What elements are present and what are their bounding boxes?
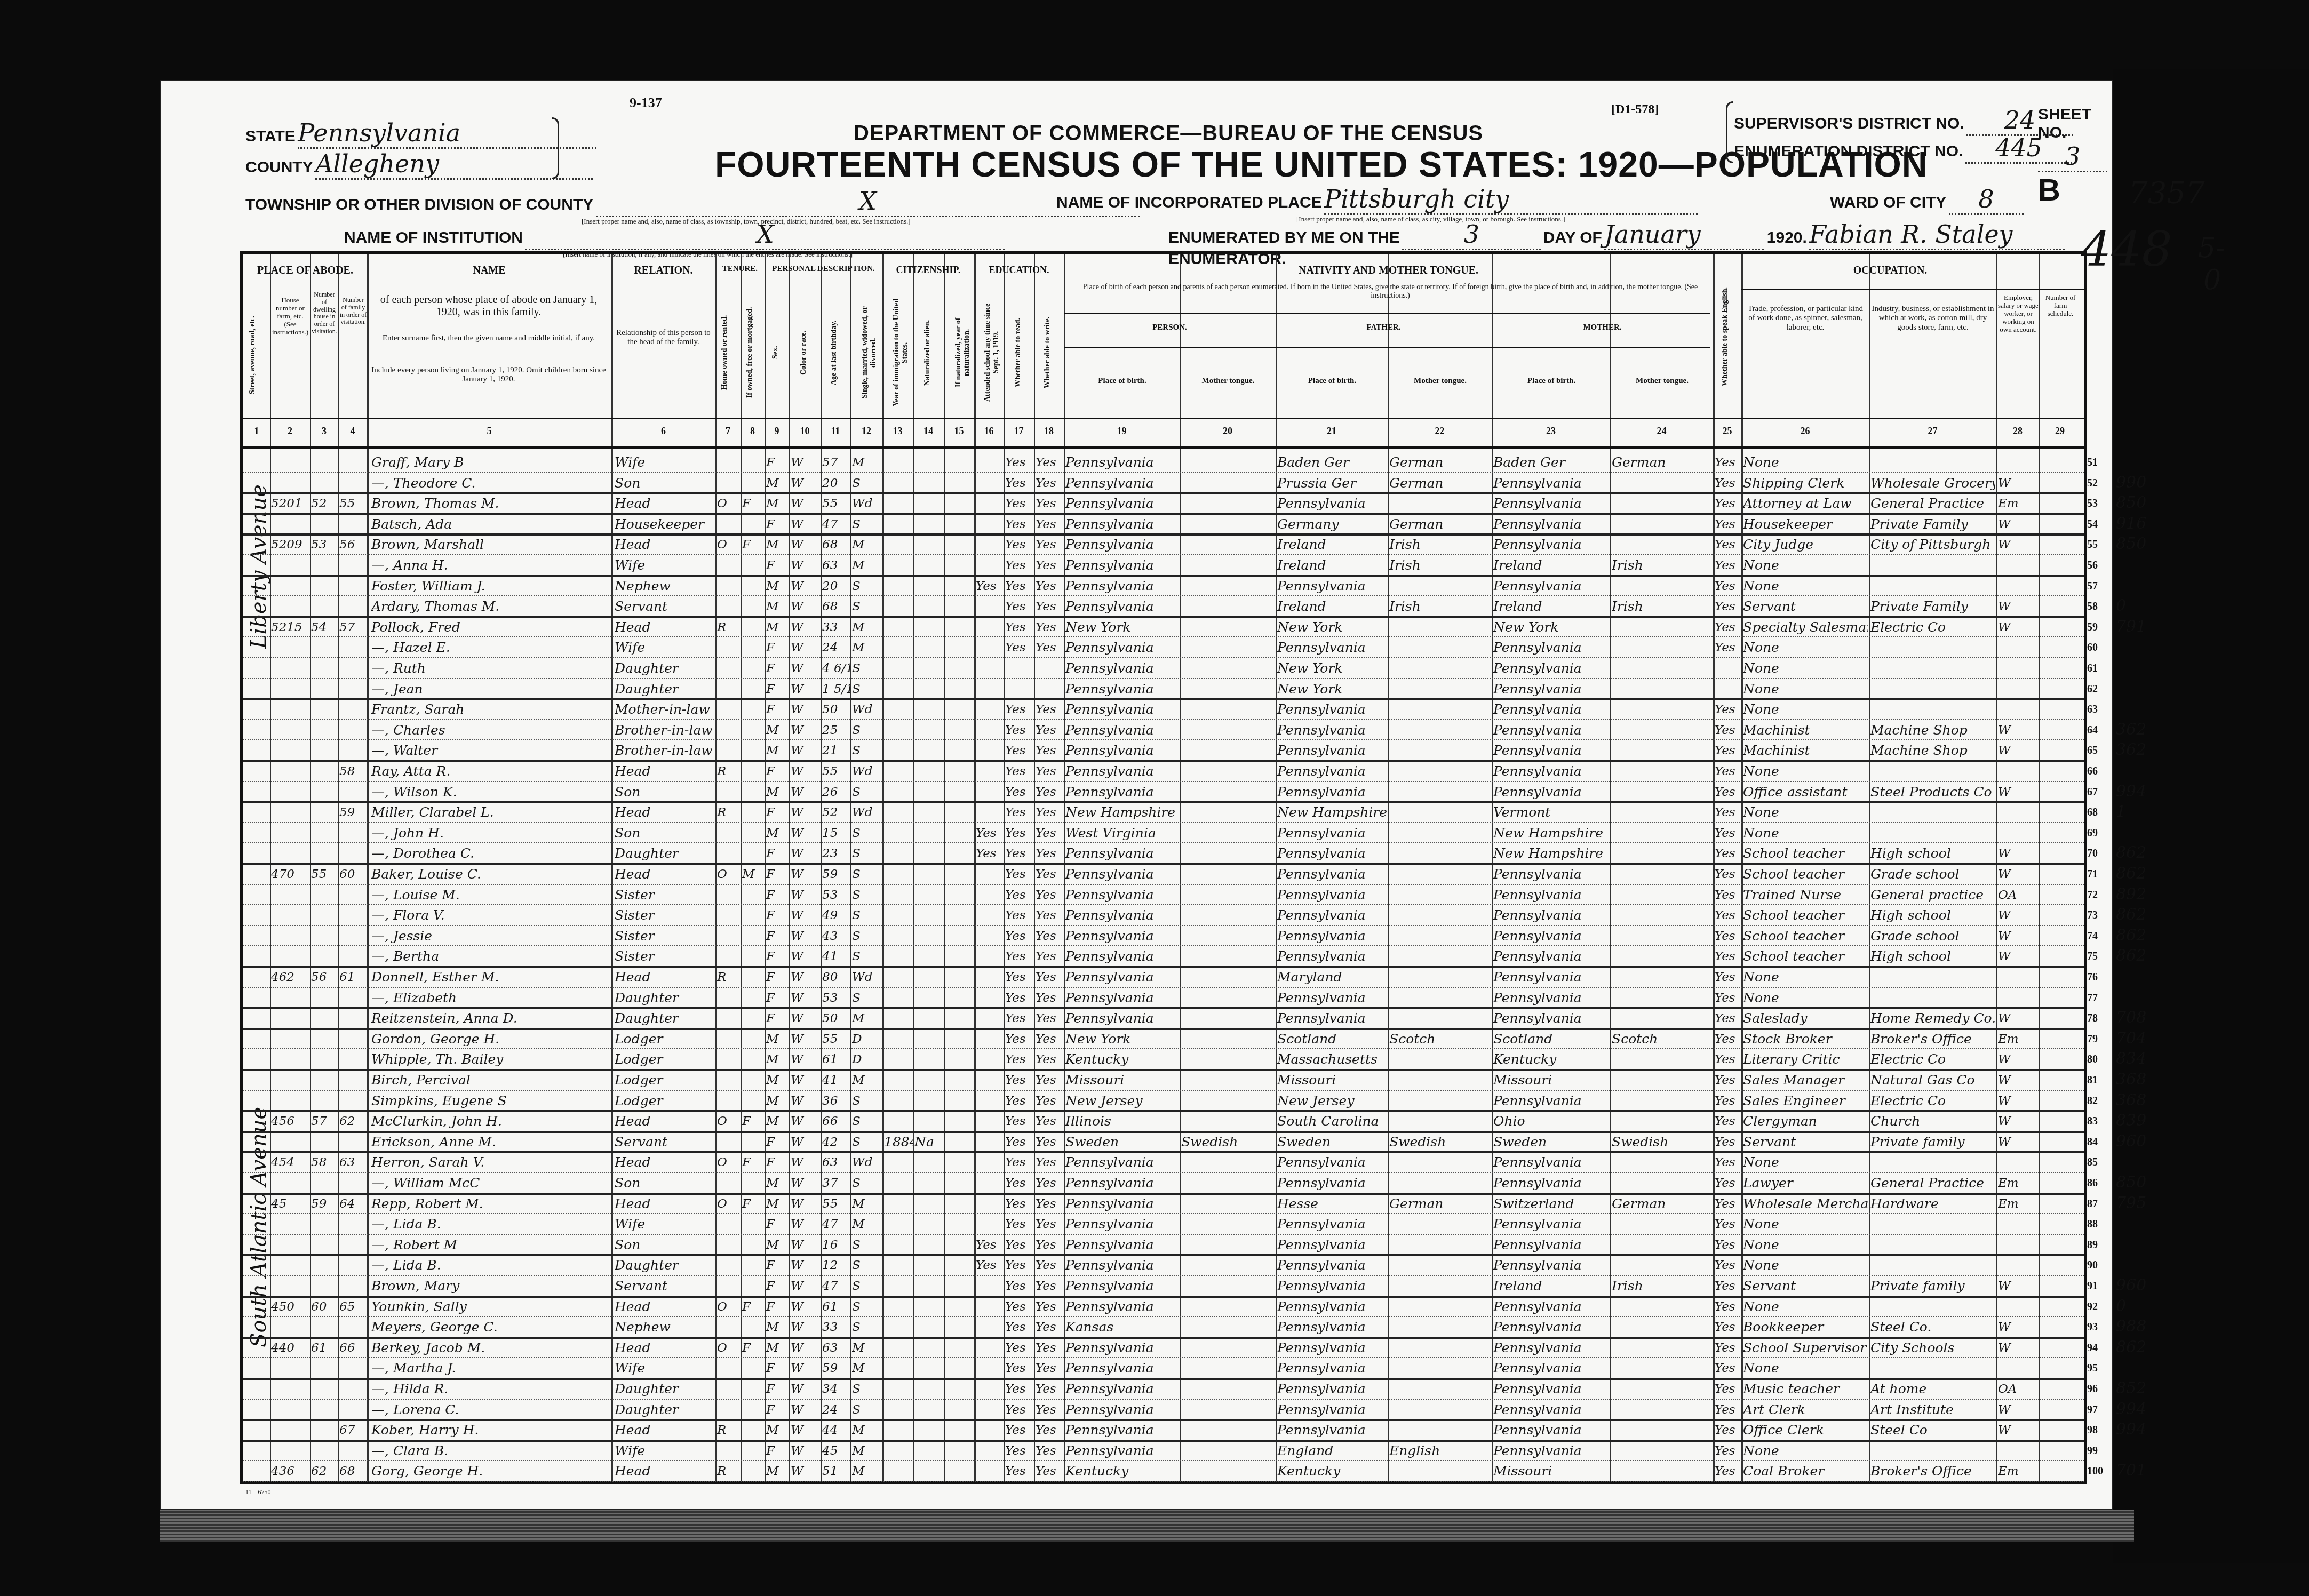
cell-name: Birch, Percival <box>371 1069 610 1089</box>
line-number: 77 <box>2087 987 2114 1009</box>
cell-dwelling: 53 <box>311 533 338 554</box>
cell-mort <box>742 822 763 842</box>
cell-race: W <box>791 925 819 945</box>
margin-code: 862 <box>2116 863 2146 884</box>
cell-age: 61 <box>822 1048 850 1068</box>
line-number: 72 <box>2087 884 2114 906</box>
footer-code: 11—6750 <box>245 1488 271 1496</box>
cell-english: Yes <box>1715 1460 1740 1480</box>
cell-trade: None <box>1743 760 1868 780</box>
cell-race: W <box>791 698 819 719</box>
cell-mort: F <box>742 1110 763 1130</box>
table-row: —, Theodore C.SonMW20SYesYesPennsylvania… <box>243 472 2084 495</box>
cell-tongue: Swedish <box>1181 1131 1275 1151</box>
cell-immig <box>884 925 913 945</box>
cell-f-tongue <box>1389 575 1491 595</box>
cell-m-tongue <box>1612 801 1712 821</box>
cell-english: Yes <box>1715 801 1740 821</box>
cell-english: Yes <box>1715 719 1740 739</box>
cell-race: W <box>791 781 819 801</box>
cell-tongue <box>1181 863 1275 883</box>
cell-house <box>271 987 309 1007</box>
cell-name: Whipple, Th. Bailey <box>371 1048 610 1068</box>
cell-relation: Son <box>615 1234 714 1254</box>
cell-house: 5209 <box>271 533 309 554</box>
cell-nat <box>914 1316 943 1336</box>
cell-pob: Pennsylvania <box>1065 698 1179 719</box>
cell-house <box>271 698 309 719</box>
cell-age: 63 <box>822 1337 850 1357</box>
cell-dwelling <box>311 1172 338 1192</box>
cell-marital: S <box>852 1316 882 1336</box>
cell-write: Yes <box>1036 1090 1063 1110</box>
cell-race: W <box>791 987 819 1007</box>
column-number-20: 20 <box>1180 426 1276 437</box>
cell-trade: None <box>1743 636 1868 657</box>
cell-class: W <box>1998 1069 2038 1089</box>
cell-home <box>717 1131 739 1151</box>
cell-write: Yes <box>1036 575 1063 595</box>
cell-m-pob: Pennsylvania <box>1493 636 1609 657</box>
cell-name: Reitzenstein, Anna D. <box>371 1007 610 1027</box>
cell-age: 36 <box>822 1090 850 1110</box>
line-number: 61 <box>2087 657 2114 680</box>
cell-name: Pollock, Fred <box>371 616 610 636</box>
township-label: TOWNSHIP OR OTHER DIVISION OF COUNTY <box>245 196 593 213</box>
cell-m-tongue <box>1612 822 1712 842</box>
cell-f-pob: Pennsylvania <box>1277 904 1387 924</box>
cell-immig <box>884 719 913 739</box>
cell-mort <box>742 616 763 636</box>
cell-class <box>1998 1234 2038 1254</box>
cell-sex: M <box>766 1460 789 1480</box>
cell-pob: Pennsylvania <box>1065 678 1179 698</box>
cell-age: 37 <box>822 1172 850 1192</box>
cell-mort <box>742 1460 763 1480</box>
cell-house: 5215 <box>271 616 309 636</box>
table-row: —, Lida B.WifeFW47MYesYesPennsylvaniaPen… <box>243 1213 2084 1235</box>
cell-school <box>976 657 1004 677</box>
column-number-15: 15 <box>944 426 974 437</box>
cell-f-pob: Pennsylvania <box>1277 1172 1387 1192</box>
col8-header: If owned, free or mortgaged. <box>746 297 754 409</box>
cell-home: O <box>717 1151 739 1171</box>
cell-house: 454 <box>271 1151 309 1171</box>
cell-family: 61 <box>339 966 367 986</box>
line-number: 100 <box>2087 1460 2114 1482</box>
cell-f-pob: Pennsylvania <box>1277 1213 1387 1233</box>
cell-nat <box>914 698 943 719</box>
cell-write: Yes <box>1036 1131 1063 1151</box>
cell-dwelling <box>311 1028 338 1048</box>
cell-home: R <box>717 760 739 780</box>
cell-name: —, Clara B. <box>371 1440 610 1460</box>
cell-house <box>271 575 309 595</box>
table-row: —, JeanDaughterFW1 5/12SPennsylvaniaNew … <box>243 678 2084 701</box>
cell-race: W <box>791 1028 819 1048</box>
cell-marital: M <box>852 1007 882 1027</box>
cell-race: W <box>791 884 819 904</box>
margin-code: 368 <box>2116 1069 2146 1090</box>
cell-pob: Pennsylvania <box>1065 884 1179 904</box>
col29-header: Number of farm schedule. <box>2040 294 2081 318</box>
line-number: 88 <box>2087 1213 2114 1235</box>
cell-home: R <box>717 616 739 636</box>
cell-dwelling <box>311 739 338 760</box>
line-number: 94 <box>2087 1337 2114 1359</box>
cell-house <box>271 884 309 904</box>
cell-age: 15 <box>822 822 850 842</box>
table-row: —, Hazel E.WifeFW24MYesYesPennsylvaniaPe… <box>243 636 2084 658</box>
cell-f-pob: Massachusetts <box>1277 1048 1387 1068</box>
cell-name: —, Flora V. <box>371 904 610 924</box>
cell-read: Yes <box>1005 781 1033 801</box>
table-row: Gordon, George H.LodgerMW55DYesYesNew Yo… <box>243 1028 2084 1050</box>
cell-read: Yes <box>1005 451 1033 472</box>
cell-industry: Machine Shop <box>1870 739 1995 760</box>
cell-sex: F <box>766 842 789 863</box>
cell-industry <box>1870 987 1995 1007</box>
cell-f-pob: Pennsylvania <box>1277 945 1387 965</box>
cell-race: W <box>791 1151 819 1171</box>
supervisor-district-field: SUPERVISOR'S DISTRICT NO. 24 <box>1734 106 2073 136</box>
cell-write: Yes <box>1036 1357 1063 1377</box>
cell-family: 59 <box>339 801 367 821</box>
cell-house <box>271 1213 309 1233</box>
cell-read: Yes <box>1005 801 1033 821</box>
cell-race: W <box>791 1399 819 1419</box>
cell-write: Yes <box>1036 719 1063 739</box>
cell-f-tongue <box>1389 945 1491 965</box>
table-row: 59Miller, Clarabel L.HeadRFW52WdYesYesNe… <box>243 801 2084 823</box>
cell-race: W <box>791 472 819 492</box>
cell-home <box>717 595 739 616</box>
cell-m-tongue <box>1612 678 1712 698</box>
cell-english: Yes <box>1715 698 1740 719</box>
cell-write: Yes <box>1036 842 1063 863</box>
cell-industry: High school <box>1870 842 1995 863</box>
cell-trade: School teacher <box>1743 945 1868 965</box>
cell-m-tongue <box>1612 987 1712 1007</box>
cell-read: Yes <box>1005 1337 1033 1357</box>
cell-tongue <box>1181 554 1275 574</box>
cell-class <box>1998 657 2038 677</box>
cell-school: Yes <box>976 822 1004 842</box>
cell-english: Yes <box>1715 575 1740 595</box>
cell-tongue <box>1181 760 1275 780</box>
cell-trade: Art Clerk <box>1743 1399 1868 1419</box>
district-bracket <box>1726 101 1733 163</box>
cell-marital: S <box>852 739 882 760</box>
cell-school <box>976 1419 1004 1439</box>
margin-code: 960 <box>2116 1131 2146 1152</box>
cell-class: W <box>1998 904 2038 924</box>
cell-name: Meyers, George C. <box>371 1316 610 1336</box>
cell-family <box>339 904 367 924</box>
cell-nat <box>914 1069 943 1089</box>
cell-name: Simpkins, Eugene S <box>371 1090 610 1110</box>
cell-mort <box>742 1048 763 1068</box>
cell-f-pob: England <box>1277 1440 1387 1460</box>
table-row: 52155457Pollock, FredHeadRMW33MYesYesNew… <box>243 616 2084 638</box>
cell-pob: Pennsylvania <box>1065 513 1179 533</box>
cell-f-tongue <box>1389 987 1491 1007</box>
cell-tongue <box>1181 1296 1275 1316</box>
cell-read: Yes <box>1005 1460 1033 1480</box>
cell-english: Yes <box>1715 1193 1740 1213</box>
cell-nat: Na <box>914 1131 943 1151</box>
cell-english: Yes <box>1715 1213 1740 1233</box>
cell-read: Yes <box>1005 1069 1033 1089</box>
cell-trade: City Judge <box>1743 533 1868 554</box>
cell-relation: Head <box>615 1419 714 1439</box>
cell-f-pob: New Hampshire <box>1277 801 1387 821</box>
cell-age: 59 <box>822 1357 850 1377</box>
cell-school <box>976 1440 1004 1460</box>
cell-immig <box>884 781 913 801</box>
cell-home <box>717 1069 739 1089</box>
cell-name: —, Theodore C. <box>371 472 610 492</box>
cell-immig <box>884 1151 913 1171</box>
cell-home <box>717 1172 739 1192</box>
cell-immig <box>884 1069 913 1089</box>
col11-header: Age at last birthday. <box>830 297 839 409</box>
cell-m-tongue <box>1612 1460 1712 1480</box>
cell-school <box>976 1131 1004 1151</box>
cell-f-pob: Germany <box>1277 513 1387 533</box>
cell-m-pob: Pennsylvania <box>1493 781 1609 801</box>
cell-sex: M <box>766 492 789 513</box>
cell-immig: 1884 <box>884 1131 913 1151</box>
cell-nat <box>914 945 943 965</box>
column-number-6: 6 <box>611 426 715 437</box>
cell-f-pob: Pennsylvania <box>1277 1151 1387 1171</box>
cell-industry: Electric Co <box>1870 1048 1995 1068</box>
cell-f-tongue <box>1389 1007 1491 1027</box>
cell-home: R <box>717 801 739 821</box>
cell-dwelling <box>311 719 338 739</box>
cell-write: Yes <box>1036 987 1063 1007</box>
cell-sex: F <box>766 554 789 574</box>
cell-immig <box>884 1110 913 1130</box>
line-number: 87 <box>2087 1193 2114 1215</box>
margin-code: 850 <box>2116 492 2146 514</box>
column-number-3: 3 <box>310 426 338 437</box>
cell-family <box>339 1090 367 1110</box>
cell-write: Yes <box>1036 1296 1063 1316</box>
cell-dwelling <box>311 925 338 945</box>
cell-pob: Pennsylvania <box>1065 863 1179 883</box>
cell-industry: Electric Co <box>1870 616 1995 636</box>
cell-industry <box>1870 1357 1995 1377</box>
cell-pob: Pennsylvania <box>1065 966 1179 986</box>
cell-age: 45 <box>822 1440 850 1460</box>
col16-header: Attended school any time since Sept. 1, … <box>984 297 1001 409</box>
cell-school <box>976 1172 1004 1192</box>
cell-industry <box>1870 1213 1995 1233</box>
line-number: 74 <box>2087 925 2114 947</box>
cell-write: Yes <box>1036 1254 1063 1274</box>
cell-tongue <box>1181 1440 1275 1460</box>
table-row: —, CharlesBrother-in-lawMW25SYesYesPenns… <box>243 719 2084 741</box>
cell-english: Yes <box>1715 884 1740 904</box>
cell-pob: Pennsylvania <box>1065 1296 1179 1316</box>
sheet-number-field: SHEET NO. 3 B <box>2038 106 2113 208</box>
cell-family <box>339 719 367 739</box>
line-number: 56 <box>2087 554 2114 577</box>
cell-marital: S <box>852 987 882 1007</box>
cell-pob: Pennsylvania <box>1065 842 1179 863</box>
cell-immig <box>884 636 913 657</box>
cell-sex: F <box>766 925 789 945</box>
cell-f-tongue <box>1389 1172 1491 1192</box>
table-row: Erickson, Anne M.ServantFW42S1884NaYesYe… <box>243 1131 2084 1154</box>
cell-immig <box>884 1007 913 1027</box>
cell-mort <box>742 1172 763 1192</box>
cell-industry <box>1870 698 1995 719</box>
cell-write: Yes <box>1036 1151 1063 1171</box>
line-number: 69 <box>2087 822 2114 844</box>
cell-marital: S <box>852 842 882 863</box>
cell-f-pob: Kentucky <box>1277 1460 1387 1480</box>
cell-trade: Clergyman <box>1743 1110 1868 1130</box>
cell-nat <box>914 987 943 1007</box>
margin-code: 994 <box>2116 1399 2146 1420</box>
cell-trade: None <box>1743 1440 1868 1460</box>
cell-home <box>717 1440 739 1460</box>
cell-home <box>717 1275 739 1295</box>
cell-family <box>339 1172 367 1192</box>
cell-mort: F <box>742 1151 763 1171</box>
cell-mort <box>742 884 763 904</box>
cell-race: W <box>791 1316 819 1336</box>
cell-read: Yes <box>1005 719 1033 739</box>
group-occupation: OCCUPATION. <box>1741 265 2039 277</box>
column-number-7: 7 <box>715 426 741 437</box>
cell-name: Younkin, Sally <box>371 1296 610 1316</box>
cell-race: W <box>791 1337 819 1357</box>
cell-tongue <box>1181 1357 1275 1377</box>
cell-m-pob: New York <box>1493 616 1609 636</box>
cell-sex: M <box>766 1048 789 1068</box>
cell-mort <box>742 1419 763 1439</box>
cell-house: 456 <box>271 1110 309 1130</box>
cell-home <box>717 1234 739 1254</box>
cell-class: W <box>1998 1316 2038 1336</box>
table-row: Ardary, Thomas M.ServantMW68SYesYesPenns… <box>243 595 2084 618</box>
cell-trade: Servant <box>1743 595 1868 616</box>
cell-english: Yes <box>1715 616 1740 636</box>
cell-m-pob: Pennsylvania <box>1493 698 1609 719</box>
cell-school <box>976 760 1004 780</box>
cell-read: Yes <box>1005 1357 1033 1377</box>
margin-code: 791 <box>2116 616 2146 637</box>
cell-house <box>271 1419 309 1439</box>
cell-english: Yes <box>1715 1090 1740 1110</box>
cell-school <box>976 1357 1004 1377</box>
cell-mort <box>742 801 763 821</box>
cell-nat <box>914 884 943 904</box>
cell-class <box>1998 636 2038 657</box>
cell-marital: M <box>852 636 882 657</box>
cell-house <box>271 1440 309 1460</box>
cell-read: Yes <box>1005 1172 1033 1192</box>
state-field: STATE Pennsylvania <box>245 118 596 149</box>
col10-header: Color or race. <box>800 297 808 409</box>
cell-dwelling <box>311 781 338 801</box>
cell-school <box>976 1048 1004 1068</box>
table-row: Whipple, Th. BaileyLodgerMW61DYesYesKent… <box>243 1048 2084 1071</box>
cell-name: Repp, Robert M. <box>371 1193 610 1213</box>
cell-m-tongue <box>1612 1419 1712 1439</box>
cell-m-tongue <box>1612 1337 1712 1357</box>
cell-family: 57 <box>339 616 367 636</box>
cell-school <box>976 1296 1004 1316</box>
cell-industry: City Schools <box>1870 1337 1995 1357</box>
cell-immig <box>884 945 913 965</box>
cell-race: W <box>791 1110 819 1130</box>
cell-home <box>717 1316 739 1336</box>
cell-nat <box>914 1193 943 1213</box>
cell-family <box>339 1028 367 1048</box>
cell-f-pob: Pennsylvania <box>1277 987 1387 1007</box>
cell-read: Yes <box>1005 1048 1033 1068</box>
cell-f-pob: Pennsylvania <box>1277 822 1387 842</box>
census-sheet: 9-137 DEPARTMENT OF COMMERCE—BUREAU OF T… <box>160 80 2113 1510</box>
cell-marital: S <box>852 863 882 883</box>
cell-write: Yes <box>1036 1213 1063 1233</box>
cell-marital: M <box>852 533 882 554</box>
cell-class: W <box>1998 1007 2038 1027</box>
cell-marital: S <box>852 1399 882 1419</box>
cell-f-tongue <box>1389 678 1491 698</box>
cell-mort: F <box>742 1296 763 1316</box>
cell-relation: Sister <box>615 925 714 945</box>
cell-name: —, Wilson K. <box>371 781 610 801</box>
cell-marital: M <box>852 1460 882 1480</box>
cell-tongue <box>1181 451 1275 472</box>
cell-pob: Pennsylvania <box>1065 925 1179 945</box>
cell-tongue <box>1181 1172 1275 1192</box>
cell-marital: M <box>852 616 882 636</box>
cell-age: 16 <box>822 1234 850 1254</box>
cell-mort <box>742 842 763 863</box>
cell-home <box>717 657 739 677</box>
cell-trade: Machinist <box>1743 719 1868 739</box>
line-number: 75 <box>2087 945 2114 968</box>
cell-f-tongue: German <box>1389 513 1491 533</box>
cell-marital: D <box>852 1048 882 1068</box>
cell-school: Yes <box>976 1234 1004 1254</box>
state-county-bracket <box>552 117 559 179</box>
cell-age: 33 <box>822 1316 850 1336</box>
cell-tongue <box>1181 533 1275 554</box>
cell-class: W <box>1998 1048 2038 1068</box>
cell-m-tongue <box>1612 1110 1712 1130</box>
cell-pob: Pennsylvania <box>1065 533 1179 554</box>
cell-age: 50 <box>822 698 850 719</box>
cell-m-tongue <box>1612 616 1712 636</box>
cell-trade: Servant <box>1743 1275 1868 1295</box>
line-number: 59 <box>2087 616 2114 639</box>
cell-name: Batsch, Ada <box>371 513 610 533</box>
cell-sex: F <box>766 657 789 677</box>
cell-home <box>717 678 739 698</box>
cell-relation: Daughter <box>615 1378 714 1398</box>
cell-m-tongue <box>1612 698 1712 719</box>
cell-family <box>339 945 367 965</box>
cell-name: Miller, Clarabel L. <box>371 801 610 821</box>
